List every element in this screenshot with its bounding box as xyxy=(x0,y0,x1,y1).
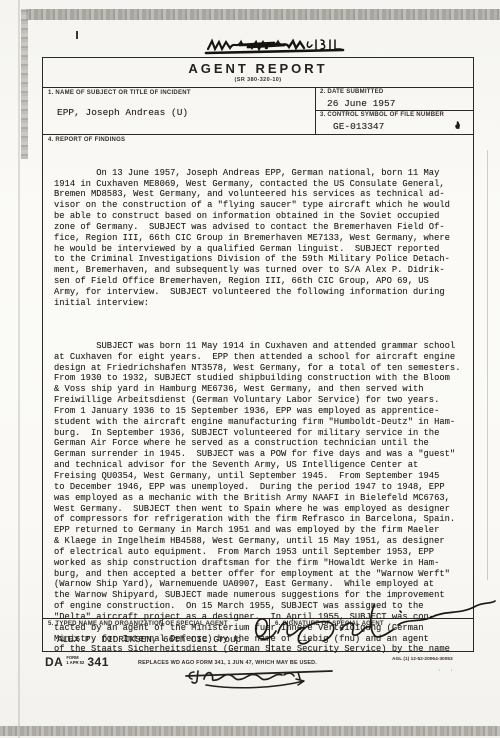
da-form-identifier: DA FORM 1 APR 52 341 xyxy=(45,655,109,669)
scan-edge-top xyxy=(26,9,500,20)
date-submitted-value: 26 June 1957 xyxy=(327,98,395,109)
control-symbol-value: GE-013347 xyxy=(333,121,384,132)
scan-scratch-right xyxy=(487,150,488,580)
scan-edge-left xyxy=(21,9,28,159)
da-prefix: DA xyxy=(45,655,63,669)
da-form-number: 341 xyxy=(87,655,109,669)
scan-edge-bottom xyxy=(0,726,500,736)
da-form-date: 1 APR 52 xyxy=(66,661,84,666)
name-of-subject-label: 1. NAME OF SUBJECT OR TITLE OF INCIDENT xyxy=(48,90,191,96)
report-of-findings-label: 4. REPORT OF FINDINGS xyxy=(48,137,125,143)
scan-shadow-left xyxy=(18,0,20,738)
da-form-edition: FORM 1 APR 52 xyxy=(66,656,84,665)
scanned-agent-report-page: AGENT REPORT (SR 380-320-10) 1. NAME OF … xyxy=(0,0,500,738)
date-submitted-label: 2. DATE SUBMITTED xyxy=(320,89,383,95)
special-agent-signature xyxy=(248,593,498,651)
divider-date-control xyxy=(315,110,473,111)
ink-blot-mark xyxy=(455,121,460,129)
obliterated-classification-stamp-bottom xyxy=(184,663,334,690)
control-symbol-label: 3. CONTROL SYMBOL OF FILE NUMBER xyxy=(320,112,444,118)
divider-under-row1 xyxy=(43,134,473,135)
form-subtitle: (SR 380-320-10) xyxy=(43,77,473,83)
divider-under-title xyxy=(43,87,473,88)
form-title: AGENT REPORT xyxy=(43,61,473,76)
stray-pen-ticks: ʾ ʿ xyxy=(438,670,457,677)
report-paragraph-1: On 13 June 1957, Joseph Andreas EPP, Ger… xyxy=(54,168,478,309)
name-of-subject-value: EPP, Joseph Andreas (U) xyxy=(57,107,188,118)
stray-ink-mark xyxy=(76,31,78,39)
stock-number: AGL (1) 12-52-20064-30053 xyxy=(392,657,453,662)
obliterated-classification-stamp-top xyxy=(204,36,346,57)
